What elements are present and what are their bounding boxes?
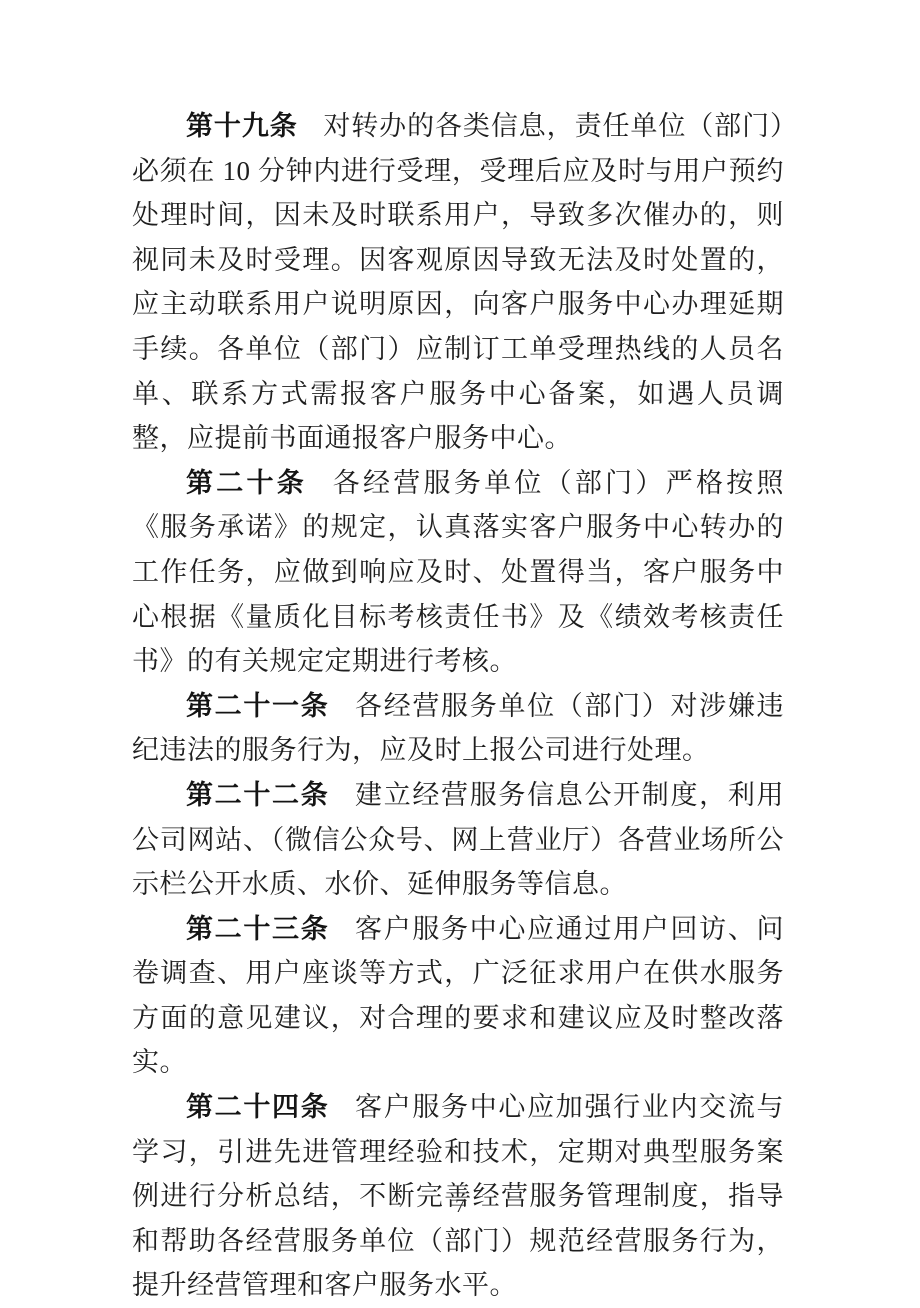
page-number: 7 — [455, 1196, 465, 1217]
article-19-paragraph: 第十九条对转办的各类信息，责任单位（部门）必须在 10 分钟内进行受理，受理后应… — [132, 104, 784, 461]
document-body: 第十九条对转办的各类信息，责任单位（部门）必须在 10 分钟内进行受理，受理后应… — [132, 104, 784, 1308]
article-19-number: 第十九条 — [186, 111, 298, 141]
article-22-paragraph: 第二十二条建立经营服务信息公开制度，利用公司网站、（微信公众号、网上营业厅）各营… — [132, 773, 784, 907]
article-24-number: 第二十四条 — [186, 1092, 329, 1122]
article-19-text: 对转办的各类信息，责任单位（部门）必须在 10 分钟内进行受理，受理后应及时与用… — [132, 111, 784, 453]
article-20-number: 第二十条 — [186, 468, 307, 498]
article-23-number: 第二十三条 — [186, 914, 329, 944]
article-21-paragraph: 第二十一条各经营服务单位（部门）对涉嫌违纪违法的服务行为，应及时上报公司进行处理… — [132, 684, 784, 773]
document-page: 第十九条对转办的各类信息，责任单位（部门）必须在 10 分钟内进行受理，受理后应… — [0, 0, 920, 1308]
article-22-number: 第二十二条 — [186, 780, 329, 810]
article-20-paragraph: 第二十条各经营服务单位（部门）严格按照《服务承诺》的规定，认真落实客户服务中心转… — [132, 461, 784, 684]
article-21-number: 第二十一条 — [186, 691, 329, 721]
article-20-text: 各经营服务单位（部门）严格按照《服务承诺》的规定，认真落实客户服务中心转办的工作… — [132, 468, 784, 676]
page-footer: 7 — [0, 1196, 920, 1218]
article-23-paragraph: 第二十三条客户服务中心应通过用户回访、问卷调查、用户座谈等方式，广泛征求用户在供… — [132, 907, 784, 1085]
